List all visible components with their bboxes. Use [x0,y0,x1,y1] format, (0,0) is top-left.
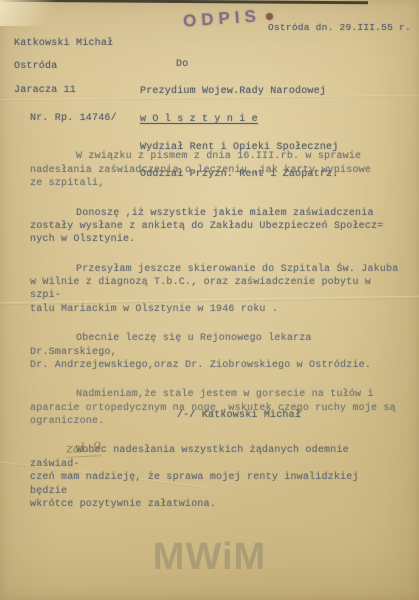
dateline: Ostróda dn. 29.III.55 r. [268,22,411,33]
sender-street: Jaracza 11 [14,85,113,97]
watermark-text: MWiM [153,536,266,579]
signature-line: /-/ Katkowski Michał [177,410,301,421]
paragraph: Donoszę ,iż wszystkie jakie miałem zaświ… [30,207,402,247]
paragraph: W związku z pismem z dnia 16.III.rb. w s… [30,150,402,190]
recipient-line-2: w O l s z t y n i e [140,113,338,127]
stamp-dot [266,13,273,20]
scanned-letter-page: Katkowski Michał Ostróda Jaracza 11 ODPI… [0,0,419,600]
paragraph: Obecnie leczę się u Rejonowego lekarza D… [30,332,402,372]
paper-corner-fold [0,0,70,26]
paragraph: Nadmieniam,że stale jestem w gorsecie na… [30,388,402,428]
letter-body: W związku z pismem z dnia 16.III.rb. w s… [30,137,402,527]
recipient-line-1: Prezydium Wojew.Rady Narodowej [140,85,338,99]
recipient-salutation: Do [176,58,338,72]
handwritten-note: zał. 9 [66,440,102,458]
reference-number: Nr. Rp. 14746/ [30,113,117,124]
sender-name: Katkowski Michał [14,38,113,50]
paragraph: Przesyłam jeszcze skierowanie do Szpital… [30,263,402,317]
sender-city: Ostróda [14,61,113,73]
odpis-stamp: ODPIS [182,6,261,31]
sender-block: Katkowski Michał Ostróda Jaracza 11 [14,26,113,109]
